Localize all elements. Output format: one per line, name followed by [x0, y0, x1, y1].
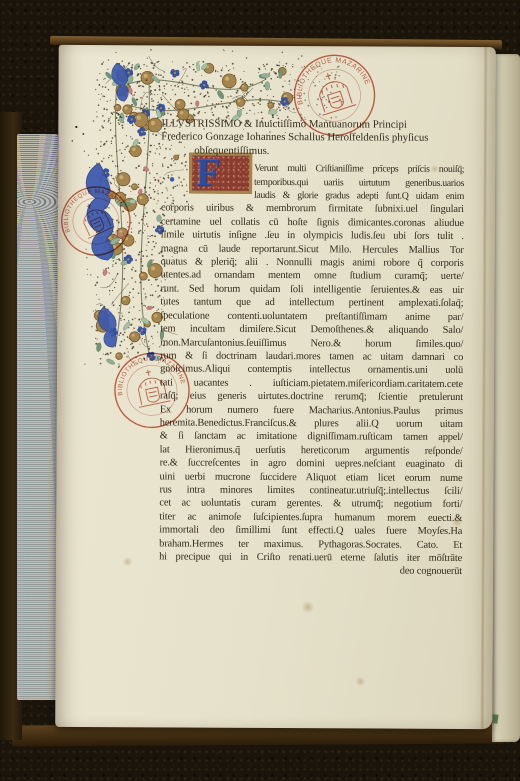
stamp-emblem-icon: [132, 367, 170, 408]
foxing-spot: [430, 165, 439, 173]
text-line: deo cognouerūt: [159, 564, 462, 579]
text-line: ſimile uirtutis inſigne .ſeu in olympici…: [161, 229, 464, 244]
foxing-spot: [301, 601, 315, 613]
marbled-endpaper: [17, 134, 58, 700]
text-line: utentes.ad ornandam mentem omne ſtudium …: [161, 269, 464, 284]
text-line: hi precipue qui in Criſto renati.uerū et…: [159, 550, 462, 565]
text-line: immortali deo ſimillimi ſunt effecti.Q u…: [159, 524, 462, 539]
library-stamp-left: BIBLIOTHEQUE MAZARINE: [55, 161, 156, 282]
text-line: cet ac uoluntatis curam gerentes. & utru…: [159, 497, 462, 512]
library-stamp-top: BIBLIOTHEQUE MAZARINE: [274, 45, 395, 156]
text-line: re.& ſuccreſcentes in agro domini uepres…: [160, 457, 463, 472]
library-stamp-bottom: BIBLIOTHEQUE MAZARINE: [92, 330, 213, 451]
manuscript-page: F ILLVSTRISSIMO & Inuictiſſimo Mantuanor…: [55, 45, 496, 729]
fore-edge: [492, 54, 520, 742]
foxing-spot: [451, 517, 463, 527]
foxing-spot: [355, 676, 365, 686]
text-line: corporis uiribus & membrorum firmitate ſ…: [161, 202, 464, 217]
text-line: tutes tantum que ad intellectum pertinen…: [160, 296, 463, 311]
stamp-emblem-icon: [311, 68, 356, 115]
text-line: temporibus.qui uariis uirtutum generibus…: [254, 176, 464, 191]
text-line: laudis & glorie gradus adepti ſunt.Q uid…: [254, 189, 464, 204]
foxing-spot: [122, 557, 133, 566]
